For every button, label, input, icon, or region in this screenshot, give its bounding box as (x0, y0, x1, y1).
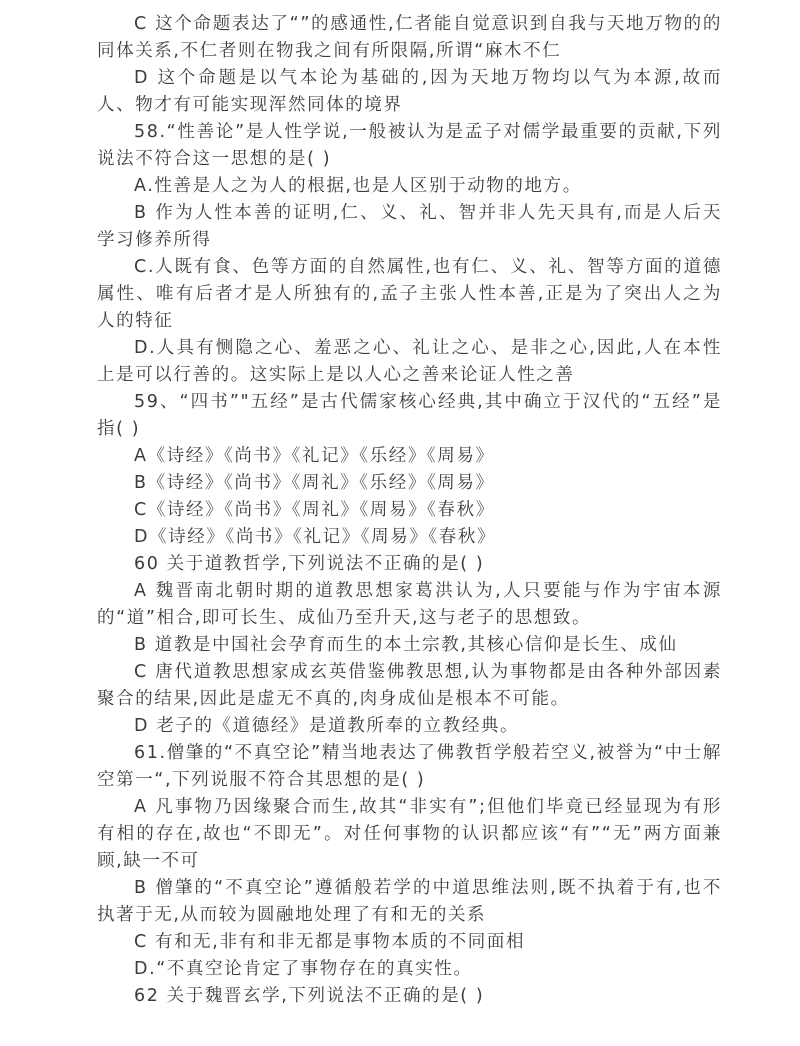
question-60: 60 关于道教哲学,下列说法不正确的是( ) (97, 551, 722, 578)
option-60-b: B 道教是中国社会孕育而生的本土宗教,其核心信仰是长生、成仙 (97, 632, 722, 659)
option-60-d: D 老子的《道德经》是道教所奉的立教经典。 (97, 713, 722, 740)
option-60-a: A 魏晋南北朝时期的道教思想家葛洪认为,人只要能与作为宇宙本源的“道”相合,即可… (97, 578, 722, 632)
question-59: 59、“四书”"五经”是古代儒家核心经典,其中确立于汉代的“五经”是指( ) (97, 389, 722, 443)
option-59-b: B《诗经》《尚书》《周礼》《乐经》《周易》 (97, 470, 722, 497)
option-59-a: A《诗经》《尚书》《礼记》《乐经》《周易》 (97, 443, 722, 470)
document-page: C 这个命题表达了“”的感通性,仁者能自觉意识到自我与天地万物的的同体关系,不仁… (97, 11, 722, 1010)
option-57-d: D 这个命题是以气本论为基础的,因为天地万物均以气为本源,故而人、物才有可能实现… (97, 65, 722, 119)
option-61-a: A 凡事物乃因缘聚合而生,故其“非实有”;但他们毕竟已经显现为有形有相的存在,故… (97, 794, 722, 875)
option-60-c: C 唐代道教思想家成玄英借鉴佛教思想,认为事物都是由各种外部因素聚合的结果,因此… (97, 659, 722, 713)
option-61-c: C 有和无,非有和非无都是事物本质的不同面相 (97, 929, 722, 956)
option-58-c: C.人既有食、色等方面的自然属性,也有仁、义、礼、智等方面的道德属性、唯有后者才… (97, 254, 722, 335)
option-58-a: A.性善是人之为人的根据,也是人区别于动物的地方。 (97, 173, 722, 200)
option-61-d: D.“不真空论肯定了事物存在的真实性。 (97, 956, 722, 983)
option-61-b: B 僧肇的“不真空论”遵循般若学的中道思维法则,既不执着于有,也不执著于无,从而… (97, 875, 722, 929)
option-57-c: C 这个命题表达了“”的感通性,仁者能自觉意识到自我与天地万物的的同体关系,不仁… (97, 11, 722, 65)
option-59-c: C《诗经》《尚书》《周礼》《周易》《春秋》 (97, 497, 722, 524)
option-58-b: B 作为人性本善的证明,仁、义、礼、智并非人先天具有,而是人后天学习修养所得 (97, 200, 722, 254)
question-58: 58.“性善论”是人性学说,一般被认为是孟子对儒学最重要的贡献,下列说法不符合这… (97, 119, 722, 173)
option-58-d: D.人具有恻隐之心、羞恶之心、礼让之心、是非之心,因此,人在本性上是可以行善的。… (97, 335, 722, 389)
question-61: 61.僧肇的“不真空论”精当地表达了佛教哲学般若空义,被誉为“中士解空第一“,下… (97, 740, 722, 794)
question-62: 62 关于魏晋玄学,下列说法不正确的是( ) (97, 983, 722, 1010)
option-59-d: D《诗经》《尚书》《礼记》《周易》《春秋》 (97, 524, 722, 551)
